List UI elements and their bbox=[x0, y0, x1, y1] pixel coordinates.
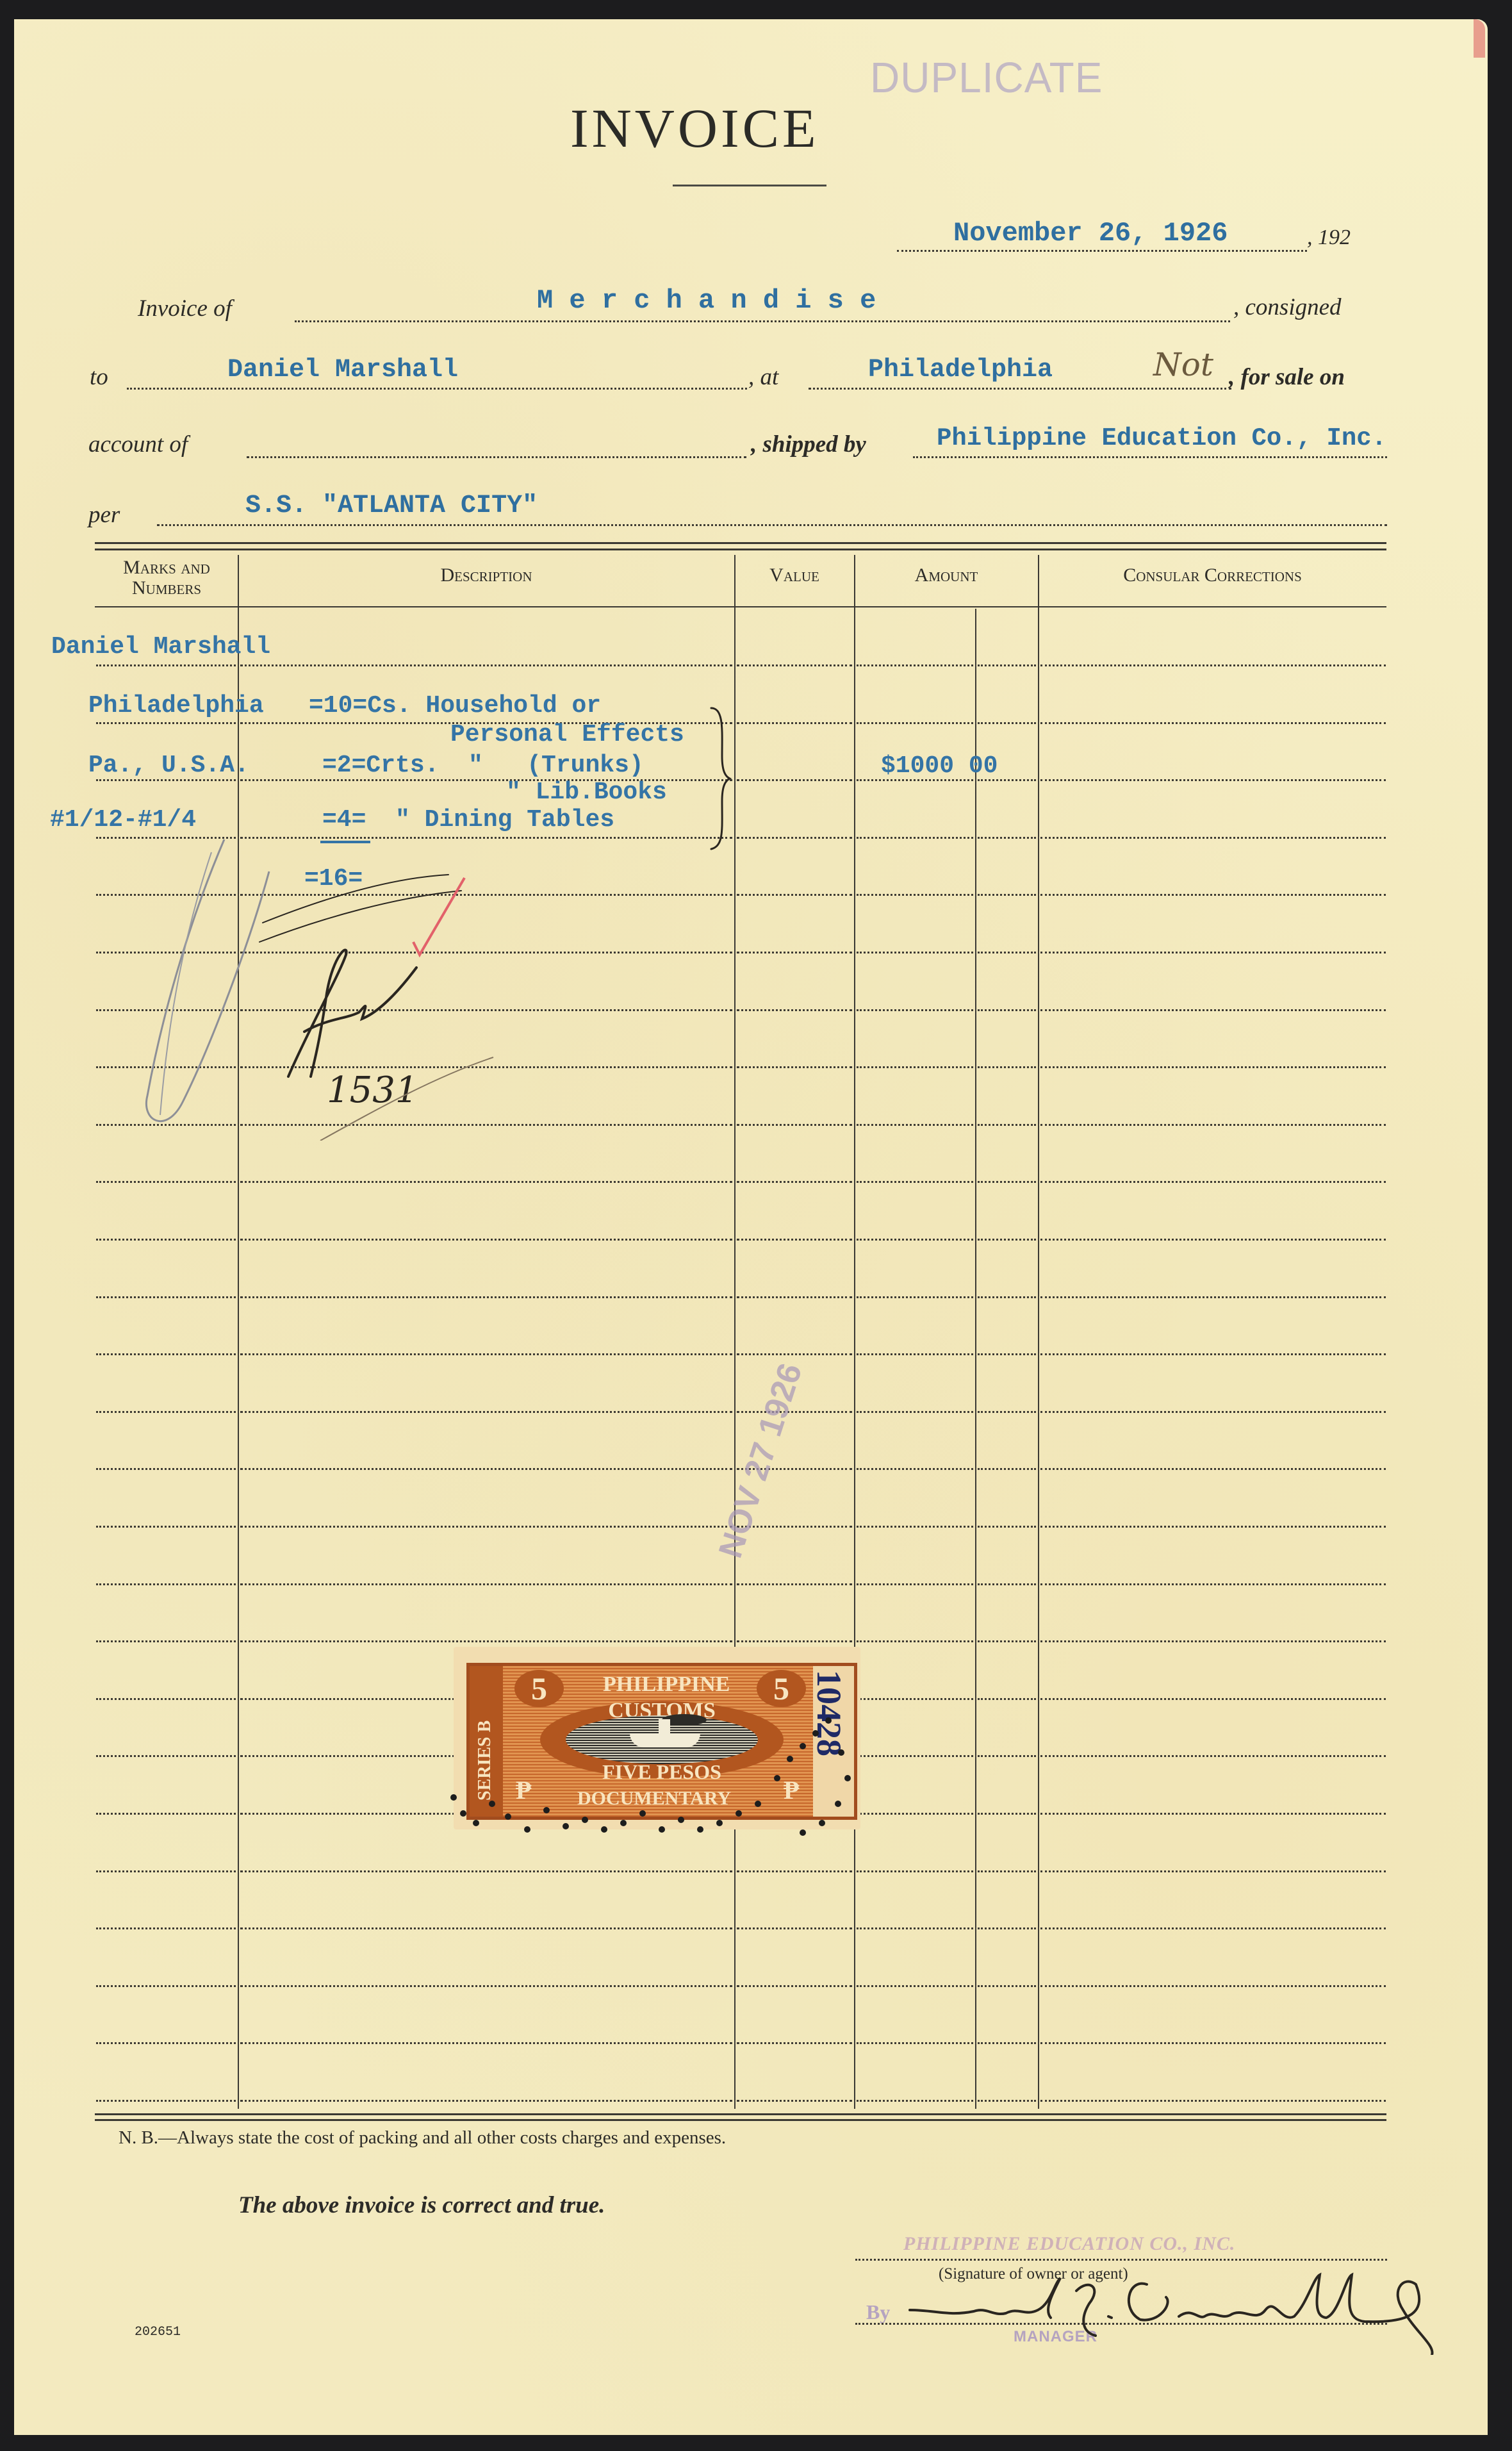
header-value: Value bbox=[735, 565, 854, 586]
table-row-line bbox=[96, 722, 236, 724]
funnel-icon bbox=[659, 1719, 670, 1735]
table-row-line bbox=[240, 1985, 732, 1987]
perforation-dot bbox=[563, 1823, 569, 1829]
table-row-line bbox=[978, 1468, 1036, 1470]
table-row-line bbox=[1040, 1353, 1386, 1355]
table-row-line bbox=[1040, 2100, 1386, 2102]
table-row-line bbox=[978, 1870, 1036, 1872]
table-row-line bbox=[1040, 952, 1386, 953]
table-row-line bbox=[96, 1526, 236, 1528]
shipper-name: Philippine Education Co., Inc. bbox=[937, 424, 1386, 452]
table-row-line bbox=[857, 1009, 973, 1011]
table-row-line bbox=[1040, 1870, 1386, 1872]
consigned-label: , consigned bbox=[1233, 293, 1342, 321]
table-row-line bbox=[96, 1640, 236, 1642]
description-line-5: =4= " Dining Tables bbox=[322, 806, 614, 834]
table-row-line bbox=[1040, 1640, 1386, 1642]
vessel-name: S.S. "ATLANTA CITY" bbox=[245, 491, 538, 520]
table-row-line bbox=[240, 837, 732, 839]
col-divider-amount-cents bbox=[975, 609, 976, 2109]
table-row-line bbox=[737, 1985, 852, 1987]
perforation-dot bbox=[787, 1756, 793, 1762]
description-line-3: =2=Crts. " (Trunks) bbox=[322, 752, 644, 779]
table-row-line bbox=[978, 664, 1036, 666]
table-row-line bbox=[857, 894, 973, 896]
perforation-dot bbox=[812, 1730, 819, 1737]
table-row-line bbox=[1040, 1296, 1386, 1298]
table-row-line bbox=[737, 1353, 852, 1355]
table-row-line bbox=[737, 722, 852, 724]
table-row-line bbox=[978, 1353, 1036, 1355]
stamp-serial-number: 10428 bbox=[809, 1670, 849, 1756]
table-row-line bbox=[978, 1813, 1036, 1815]
table-bottom-rule-1 bbox=[95, 2113, 1386, 2115]
stamp-currency-left: ₱ bbox=[516, 1775, 531, 1805]
table-row-line bbox=[240, 1640, 732, 1642]
header-marks-line1: Marks and bbox=[123, 557, 210, 578]
perforation-dot bbox=[838, 1749, 844, 1756]
stamp-currency-right: ₱ bbox=[784, 1775, 799, 1805]
table-row-line bbox=[737, 2100, 852, 2102]
table-row-line bbox=[978, 1755, 1036, 1757]
header-description: Description bbox=[238, 565, 734, 586]
table-row-line bbox=[96, 2042, 236, 2044]
certification-text: The above invoice is correct and true. bbox=[238, 2191, 605, 2219]
table-row-line bbox=[857, 1066, 973, 1068]
table-row-line bbox=[1040, 1698, 1386, 1700]
perforation-dot bbox=[460, 1810, 466, 1817]
at-label: , at bbox=[748, 363, 778, 391]
table-row-line bbox=[978, 837, 1036, 839]
table-row-line bbox=[240, 2042, 732, 2044]
table-row-line bbox=[737, 1181, 852, 1183]
for-sale-on-label: , for sale on bbox=[1229, 363, 1345, 391]
marks-line-3: Pa., U.S.A. bbox=[88, 752, 249, 779]
table-row-line bbox=[857, 1526, 973, 1528]
table-row-line bbox=[1040, 1181, 1386, 1183]
table-row-line bbox=[1040, 722, 1386, 724]
table-row-line bbox=[240, 1583, 732, 1585]
company-stamp: PHILIPPINE EDUCATION CO., INC. bbox=[903, 2233, 1235, 2255]
underline-4 bbox=[320, 841, 370, 843]
stamp-value-text: FIVE PESOS bbox=[566, 1760, 758, 1784]
table-row-line bbox=[857, 1411, 973, 1413]
header-marks-line2: Numbers bbox=[132, 577, 201, 598]
destination-city: Philadelphia bbox=[868, 356, 1053, 384]
consignee-name: Daniel Marshall bbox=[227, 356, 458, 384]
table-row-line bbox=[978, 1640, 1036, 1642]
perforation-dot bbox=[489, 1801, 495, 1807]
table-row-line bbox=[857, 1927, 973, 1929]
table-row-line bbox=[857, 1239, 973, 1241]
table-row-line bbox=[1040, 2042, 1386, 2044]
col-divider-marks bbox=[238, 555, 239, 2109]
perforation-dot bbox=[582, 1817, 588, 1823]
stamp-country: PHILIPPINE bbox=[603, 1672, 730, 1697]
table-row-line bbox=[240, 1296, 732, 1298]
col-divider-description bbox=[734, 555, 735, 2109]
table-row-line bbox=[857, 1985, 973, 1987]
table-row-line bbox=[857, 2100, 973, 2102]
table-row-line bbox=[737, 894, 852, 896]
table-row-line bbox=[857, 1181, 973, 1183]
table-row-line bbox=[96, 1870, 236, 1872]
table-row-line bbox=[737, 1009, 852, 1011]
table-row-line bbox=[240, 1353, 732, 1355]
table-row-line bbox=[737, 952, 852, 953]
ship-icon bbox=[630, 1733, 700, 1747]
header-consular-corrections: Consular Corrections bbox=[1039, 565, 1386, 586]
table-row-line bbox=[857, 952, 973, 953]
table-row-line bbox=[1040, 1583, 1386, 1585]
table-row-line bbox=[1040, 1124, 1386, 1126]
table-row-line bbox=[737, 1239, 852, 1241]
table-row-line bbox=[240, 1181, 732, 1183]
table-row-line bbox=[96, 2100, 236, 2102]
marks-line-4: #1/12-#1/4 bbox=[50, 806, 196, 834]
perforation-dot bbox=[819, 1820, 825, 1826]
account-of-label: account of bbox=[88, 431, 188, 458]
footnote: N. B.—Always state the cost of packing a… bbox=[119, 2127, 726, 2149]
invoice-of-value: M e r c h a n d i s e bbox=[537, 285, 876, 316]
handwritten-number: 1531 bbox=[327, 1069, 418, 1111]
perforation-dot bbox=[774, 1775, 780, 1781]
signature-line-1 bbox=[855, 2259, 1387, 2261]
stamp-series: SERIES B bbox=[475, 1721, 495, 1801]
table-row-line bbox=[857, 1583, 973, 1585]
perforation-dot bbox=[716, 1820, 723, 1826]
table-row-line bbox=[857, 1640, 973, 1642]
table-row-line bbox=[240, 1526, 732, 1528]
table-row-line bbox=[1040, 894, 1386, 896]
table-row-line bbox=[857, 722, 973, 724]
table-row-line bbox=[96, 1239, 236, 1241]
invoice-date: November 26, 1926 bbox=[953, 218, 1228, 249]
perforation-dot bbox=[659, 1826, 665, 1833]
perforation-dot bbox=[844, 1775, 851, 1781]
perforation-dot bbox=[800, 1743, 806, 1749]
table-row-line bbox=[978, 1526, 1036, 1528]
paper-corner-mark bbox=[1474, 19, 1485, 58]
header-amount: Amount bbox=[855, 565, 1038, 586]
signature-icon bbox=[897, 2272, 1435, 2355]
table-row-line bbox=[978, 722, 1036, 724]
duplicate-stamp: DUPLICATE bbox=[870, 53, 1103, 103]
header-marks-numbers: Marks and Numbers bbox=[96, 557, 237, 598]
form-number: 202651 bbox=[135, 2325, 181, 2340]
table-row-line bbox=[96, 1698, 236, 1700]
table-row-line bbox=[978, 2042, 1036, 2044]
table-row-line bbox=[1040, 1755, 1386, 1757]
brace-icon bbox=[708, 705, 734, 852]
perforation-dot bbox=[697, 1826, 703, 1833]
table-row-line bbox=[96, 1927, 236, 1929]
table-row-line bbox=[1040, 837, 1386, 839]
table-row-line bbox=[737, 1870, 852, 1872]
perforation-dot bbox=[825, 1717, 832, 1724]
table-row-line bbox=[240, 2100, 732, 2102]
table-row-line bbox=[96, 1583, 236, 1585]
table-row-line bbox=[1040, 1411, 1386, 1413]
per-label: per bbox=[88, 501, 120, 529]
table-row-line bbox=[978, 1927, 1036, 1929]
table-row-line bbox=[1040, 1927, 1386, 1929]
table-row-line bbox=[96, 1353, 236, 1355]
marks-line-2: Philadelphia bbox=[88, 692, 264, 720]
table-row-line bbox=[737, 664, 852, 666]
table-row-line bbox=[978, 1698, 1036, 1700]
title-underline bbox=[673, 185, 826, 186]
table-row-line bbox=[96, 1296, 236, 1298]
table-row-line bbox=[240, 1870, 732, 1872]
by-label: By bbox=[866, 2300, 890, 2324]
table-row-line bbox=[737, 1927, 852, 1929]
table-row-line bbox=[240, 1239, 732, 1241]
table-row-line bbox=[737, 1066, 852, 1068]
col-divider-amount bbox=[1038, 555, 1039, 2109]
table-row-line bbox=[96, 1468, 236, 1470]
perforation-dot bbox=[543, 1807, 550, 1813]
table-row-line bbox=[978, 1583, 1036, 1585]
perforation-dot bbox=[735, 1810, 742, 1817]
page-title: INVOICE bbox=[570, 96, 819, 160]
table-row-line bbox=[857, 1124, 973, 1126]
col-divider-value bbox=[854, 555, 855, 2109]
table-row-line bbox=[978, 1411, 1036, 1413]
table-row-line bbox=[240, 1468, 732, 1470]
description-line-1: =10=Cs. Household or bbox=[309, 692, 601, 720]
table-row-line bbox=[978, 1239, 1036, 1241]
stamp-denomination-left: 5 bbox=[514, 1670, 564, 1707]
perforation-dot bbox=[524, 1826, 530, 1833]
table-row-line bbox=[1040, 664, 1386, 666]
table-row-line bbox=[857, 1296, 973, 1298]
table-row-line bbox=[978, 1296, 1036, 1298]
date-year-suffix: , 192 bbox=[1307, 226, 1351, 250]
table-bottom-rule-2 bbox=[95, 2119, 1386, 2121]
table-row-line bbox=[1040, 1239, 1386, 1241]
perforation-dot bbox=[601, 1826, 607, 1833]
table-row-line bbox=[857, 1353, 973, 1355]
table-row-line bbox=[737, 837, 852, 839]
table-row-line bbox=[1040, 1009, 1386, 1011]
stamp-frame: SERIES B 10428 5 5 PHILIPPINE CUSTOMS SE… bbox=[466, 1663, 857, 1820]
invoice-of-line bbox=[295, 320, 1230, 322]
table-row-line bbox=[857, 664, 973, 666]
table-row-line bbox=[857, 1698, 973, 1700]
to-line bbox=[127, 388, 747, 390]
table-row-line bbox=[857, 2042, 973, 2044]
handwritten-note-icon: 1531 bbox=[250, 871, 519, 1141]
table-row-line bbox=[240, 664, 732, 666]
table-row-line bbox=[240, 1927, 732, 1929]
table-row-line bbox=[978, 894, 1036, 896]
table-row-line bbox=[96, 1813, 236, 1815]
table-row-line bbox=[96, 1181, 236, 1183]
revenue-stamp: SERIES B 10428 5 5 PHILIPPINE CUSTOMS SE… bbox=[454, 1647, 860, 1829]
at-line bbox=[809, 388, 1231, 390]
date-line bbox=[897, 250, 1307, 252]
table-row-line bbox=[978, 1124, 1036, 1126]
to-label: to bbox=[90, 363, 108, 391]
perforation-dot bbox=[620, 1820, 627, 1826]
table-row-line bbox=[857, 1755, 973, 1757]
per-line bbox=[157, 524, 1387, 526]
stamp-denomination-right: 5 bbox=[757, 1670, 806, 1707]
perforation-dot bbox=[835, 1801, 841, 1807]
table-row-line bbox=[978, 2100, 1036, 2102]
table-row-line bbox=[737, 1640, 852, 1642]
account-of-line bbox=[247, 456, 746, 458]
table-row-line bbox=[737, 1583, 852, 1585]
table-row-line bbox=[978, 1985, 1036, 1987]
table-row-line bbox=[96, 664, 236, 666]
table-row-line bbox=[737, 1124, 852, 1126]
shipped-by-label: , shipped by bbox=[751, 431, 866, 458]
table-row-line bbox=[1040, 1526, 1386, 1528]
invoice-of-label: Invoice of bbox=[138, 295, 232, 322]
stamp-oval: CUSTOMS SERVICE FIVE PESOS bbox=[540, 1701, 784, 1778]
handwritten-not: Not bbox=[1153, 346, 1213, 383]
amount-value: $1000 00 bbox=[881, 752, 998, 780]
shipped-by-line bbox=[913, 456, 1387, 458]
table-row-line bbox=[96, 1755, 236, 1757]
table-header-bottom bbox=[95, 606, 1386, 607]
table-row-line bbox=[1040, 1066, 1386, 1068]
table-row-line bbox=[1040, 779, 1386, 781]
table-row-line bbox=[978, 1066, 1036, 1068]
table-row-line bbox=[737, 2042, 852, 2044]
table-row-line bbox=[96, 779, 236, 781]
table-row-line bbox=[737, 1296, 852, 1298]
table-row-line bbox=[1040, 1985, 1386, 1987]
marks-line-1: Daniel Marshall bbox=[51, 633, 270, 661]
ship-vignette bbox=[566, 1715, 758, 1764]
perforation-dot bbox=[473, 1820, 479, 1826]
perforation-dot bbox=[678, 1817, 684, 1823]
perforation-dot bbox=[800, 1829, 806, 1836]
table-row-line bbox=[857, 1468, 973, 1470]
table-row-line bbox=[1040, 1468, 1386, 1470]
table-row-line bbox=[857, 1813, 973, 1815]
perforation-dot bbox=[505, 1813, 511, 1820]
table-row-line bbox=[978, 952, 1036, 953]
table-row-line bbox=[857, 1870, 973, 1872]
perforation-dot bbox=[639, 1810, 646, 1817]
table-row-line bbox=[978, 1009, 1036, 1011]
stamp-type: DOCUMENTARY bbox=[577, 1788, 731, 1810]
table-row-line bbox=[978, 1181, 1036, 1183]
table-row-line bbox=[240, 1411, 732, 1413]
perforation-dot bbox=[450, 1794, 457, 1801]
table-row-line bbox=[857, 837, 973, 839]
table-row-line bbox=[737, 779, 852, 781]
description-line-4: " Lib.Books bbox=[506, 779, 667, 806]
description-line-2: Personal Effects bbox=[450, 721, 684, 748]
perforation-dot bbox=[755, 1801, 761, 1807]
table-top-rule-1 bbox=[95, 542, 1386, 544]
table-top-rule-2 bbox=[95, 549, 1386, 550]
table-row-line bbox=[96, 1411, 236, 1413]
table-row-line bbox=[96, 1985, 236, 1987]
table-row-line bbox=[1040, 1813, 1386, 1815]
